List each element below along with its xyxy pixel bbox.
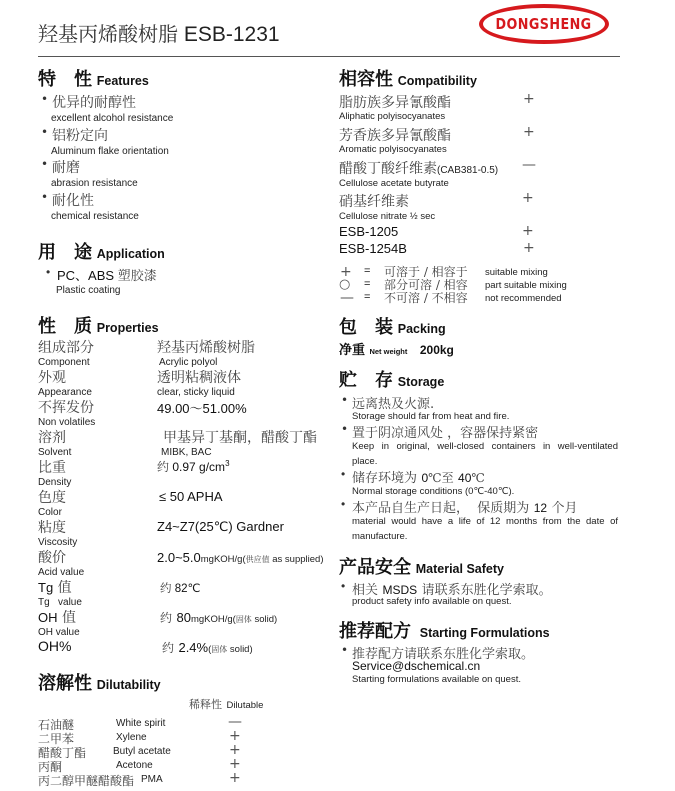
solvent-en: PMA bbox=[141, 774, 163, 785]
value-prefix: 约 bbox=[160, 581, 172, 595]
heading-en: Dilutability bbox=[97, 678, 161, 692]
compat-mark: + bbox=[522, 190, 534, 206]
property-value: 2.0~5.0mgKOH/g(供应值 as supplied) bbox=[157, 549, 324, 567]
value-unit: mgKOH/g( bbox=[201, 554, 246, 565]
solvent-en: White spirit bbox=[116, 718, 165, 729]
dongsheng-logo: DONGSHENG bbox=[479, 4, 609, 44]
storage-item-en-cont: manufacture. bbox=[352, 531, 407, 542]
compat-item-code: (CAB381-0.5) bbox=[437, 165, 498, 176]
material-safety-en: product safety info available on quest. bbox=[352, 596, 512, 607]
heading-en: Application bbox=[97, 247, 165, 261]
heading-en: Compatibility bbox=[398, 74, 477, 88]
heading-cn: 包 装 bbox=[339, 317, 393, 338]
column-en: Dilutable bbox=[226, 700, 263, 711]
solvent-en: Acetone bbox=[116, 760, 153, 771]
property-value: 约 2.4%(固体 solid) bbox=[162, 639, 253, 657]
value-unit: mgKOH/g( bbox=[191, 614, 236, 625]
dilutable-mark: + bbox=[229, 770, 241, 786]
property-label: Tg 值 bbox=[38, 577, 72, 597]
compat-mark: + bbox=[523, 240, 535, 256]
title-code: ESB-1231 bbox=[184, 23, 280, 46]
property-value-en: clear, sticky liquid bbox=[157, 387, 235, 398]
value-note-cn: 固体 bbox=[236, 615, 252, 624]
starting-formulations-en: Starting formulations available on quest… bbox=[352, 674, 521, 685]
legend-cn: 不可溶 / 不相容 bbox=[384, 289, 468, 306]
value-text: 2.0~5.0 bbox=[157, 550, 201, 565]
storage-item-en: Keep in original, well-closed containers… bbox=[352, 441, 618, 452]
property-label: OH% bbox=[38, 638, 71, 654]
compat-mark: + bbox=[523, 124, 535, 140]
value-text: 2.4% bbox=[178, 640, 208, 655]
feature-item-cn: 铝粉定向 bbox=[52, 125, 108, 145]
title-cn: 羟基丙烯酸树脂 bbox=[38, 22, 178, 46]
solvent-en: Xylene bbox=[116, 732, 147, 743]
heading-cn: 溶解性 bbox=[38, 673, 92, 694]
compat-item-cn: 硝基纤维素 bbox=[339, 191, 409, 211]
compat-item-en: Cellulose acetate butyrate bbox=[339, 178, 449, 189]
dilutability-heading: 溶解性 Dilutability bbox=[38, 669, 161, 695]
storage-item-en: Storage should far from heat and fire. bbox=[352, 411, 509, 422]
compat-item-cn: 脂肪族多异氰酸酯 bbox=[339, 92, 451, 112]
storage-item-en: material would have a life of 12 months … bbox=[352, 516, 618, 527]
legend-eq: = bbox=[364, 265, 370, 277]
property-value: Z4~Z7(25℃) Gardner bbox=[157, 519, 284, 535]
heading-en: Material Safety bbox=[416, 562, 504, 576]
property-label-cn: 组成部分 bbox=[38, 337, 94, 357]
legend-en: part suitable mixing bbox=[485, 280, 567, 291]
application-cn: 塑胶漆 bbox=[118, 269, 157, 284]
application-code: PC、ABS bbox=[57, 268, 114, 283]
storage-item: 本产品自生产日起， 保质期为 12 个月 bbox=[352, 497, 578, 517]
starting-formulations-heading: 推荐配方 Starting Formulations bbox=[339, 617, 550, 643]
label-prefix: Tg bbox=[38, 580, 53, 595]
heading-cn: 贮 存 bbox=[339, 370, 393, 391]
packing-heading: 包 装 Packing bbox=[339, 313, 446, 339]
column-cn: 稀释性 bbox=[189, 698, 222, 711]
property-label: OH 值 bbox=[38, 607, 76, 627]
heading-cn: 性 质 bbox=[38, 316, 92, 337]
value-text: 82℃ bbox=[175, 583, 201, 595]
heading-en: Features bbox=[97, 74, 149, 88]
storage-cn-c: ℃ bbox=[471, 471, 484, 485]
heading-cn: 特 性 bbox=[38, 69, 92, 90]
document-title: 羟基丙烯酸树脂 ESB-1231 bbox=[38, 18, 280, 47]
application-heading: 用 途 Application bbox=[38, 238, 165, 264]
legend-en: not recommended bbox=[485, 293, 562, 304]
label-cn: 值 bbox=[62, 610, 76, 626]
net-weight-label-en: Net weight bbox=[369, 347, 407, 356]
value-note-en: solid) bbox=[252, 614, 277, 625]
property-value: 约 80mgKOH/g(固体 solid) bbox=[160, 609, 277, 627]
value-superscript: 3 bbox=[225, 459, 229, 468]
heading-cn: 相容性 bbox=[339, 69, 393, 90]
property-value-cn: 透明粘稠液体 bbox=[157, 367, 241, 387]
feature-item-cn: 耐磨 bbox=[52, 157, 80, 177]
storage-item-en: Normal storage conditions (0℃-40℃). bbox=[352, 486, 514, 497]
storage-item-cn: 远离热及火源. bbox=[352, 393, 434, 412]
compat-item-en: Aliphatic polyisocyanates bbox=[339, 111, 445, 122]
feature-item-en: Aluminum flake orientation bbox=[51, 146, 169, 157]
dilutable-column-header: 稀释性 Dilutable bbox=[189, 695, 263, 713]
heading-cn: 推荐配方 bbox=[339, 621, 411, 642]
property-value: 49.00～51.00% bbox=[157, 398, 247, 417]
property-label-en: OH value bbox=[38, 627, 80, 638]
compat-item-cn: 醋酸丁酸纤维素 bbox=[339, 161, 437, 177]
compat-item-code: ESB-1254B bbox=[339, 241, 407, 256]
heading-en: Packing bbox=[398, 322, 446, 336]
feature-item-cn: 耐化性 bbox=[52, 190, 94, 210]
storage-num-a: 12 bbox=[534, 501, 547, 515]
msds-code: MSDS bbox=[382, 583, 417, 597]
property-value-cn: 羟基丙烯酸树脂 bbox=[157, 337, 255, 357]
logo-text: DONGSHENG bbox=[496, 15, 592, 33]
value-prefix: 约 bbox=[160, 611, 172, 625]
value-note-en: as supplied) bbox=[270, 554, 324, 565]
net-weight: 净重 Net weight 200kg bbox=[339, 339, 454, 359]
heading-en: Properties bbox=[97, 321, 159, 335]
net-weight-label-cn: 净重 bbox=[339, 342, 365, 357]
compat-item-cn: 芳香族多异氰酸酯 bbox=[339, 125, 451, 145]
properties-heading: 性 质 Properties bbox=[38, 312, 159, 338]
compatibility-heading: 相容性 Compatibility bbox=[339, 65, 477, 91]
compat-mark: + bbox=[522, 223, 534, 239]
storage-item-en-cont: place. bbox=[352, 456, 377, 467]
feature-item-en: abrasion resistance bbox=[51, 178, 138, 189]
label-cn: 值 bbox=[58, 580, 72, 596]
compat-item-code: ESB-1205 bbox=[339, 224, 398, 239]
storage-num-b: 40 bbox=[458, 471, 471, 485]
features-heading: 特 性 Features bbox=[38, 65, 149, 91]
property-value: 约 82℃ bbox=[160, 580, 200, 596]
legend-eq: = bbox=[364, 278, 370, 290]
solvent-cn: 丙二醇甲醚醋酸酯 bbox=[38, 772, 134, 789]
property-label-cn: 不挥发份 bbox=[38, 397, 94, 417]
material-safety-heading: 产品安全 Material Safety bbox=[339, 553, 504, 579]
application-en: Plastic coating bbox=[56, 285, 120, 296]
value-text: 0.97 g/cm bbox=[172, 460, 225, 474]
legend-en: suitable mixing bbox=[485, 267, 548, 278]
value-text: 80 bbox=[176, 610, 190, 625]
storage-cn-b: 个月 bbox=[552, 501, 578, 516]
property-value: 约 0.97 g/cm3 bbox=[157, 458, 230, 475]
service-email-link[interactable]: Service@dschemical.cn bbox=[352, 659, 480, 673]
property-value-en: MIBK, BAC bbox=[161, 447, 212, 458]
compat-item-en: Cellulose nitrate ½ sec bbox=[339, 211, 435, 222]
feature-item-en: chemical resistance bbox=[51, 211, 139, 222]
legend-eq: = bbox=[364, 291, 370, 303]
value-note-cn: 固体 bbox=[211, 645, 227, 654]
property-value-cn: 甲基异丁基酮，醋酸丁酯 bbox=[163, 427, 317, 447]
property-label-cn: 比重 bbox=[38, 457, 66, 477]
feature-item-en: excellent alcohol resistance bbox=[51, 113, 173, 124]
storage-heading: 贮 存 Storage bbox=[339, 366, 444, 392]
storage-cn-a: 储存环境为 bbox=[352, 471, 417, 486]
heading-cn: 用 途 bbox=[38, 242, 92, 263]
property-label-cn: 外观 bbox=[38, 367, 66, 387]
storage-cn-b: ℃至 bbox=[428, 471, 453, 485]
property-label-cn: 色度 bbox=[38, 487, 66, 507]
feature-item-cn: 优异的耐醇性 bbox=[52, 92, 136, 112]
application-item: PC、ABS 塑胶漆 bbox=[57, 265, 157, 284]
storage-cn-a: 本产品自生产日起， 保质期为 bbox=[352, 501, 529, 516]
storage-item-cn: 置于阴凉通风处 ，容器保持紧密 bbox=[352, 422, 538, 441]
value-prefix: 约 bbox=[157, 460, 169, 474]
property-label-cn: 酸价 bbox=[38, 547, 66, 567]
property-label-cn: 溶剂 bbox=[38, 427, 66, 447]
property-label-cn: 粘度 bbox=[38, 517, 66, 537]
label-prefix: OH bbox=[38, 610, 58, 625]
value-note-cn: 供应值 bbox=[246, 555, 270, 564]
heading-en: Storage bbox=[398, 375, 445, 389]
legend-symbol: — bbox=[340, 290, 354, 306]
compat-item: 醋酸丁酸纤维素(CAB381-0.5) bbox=[339, 158, 498, 178]
solvent-en: Butyl acetate bbox=[113, 746, 171, 757]
value-prefix: 约 bbox=[162, 641, 174, 655]
compat-item-en: Aromatic polyisocyanates bbox=[339, 144, 447, 155]
value-note-en: solid) bbox=[227, 644, 252, 655]
compat-mark: — bbox=[522, 157, 536, 173]
storage-item: 储存环境为 0℃至 40℃ bbox=[352, 467, 485, 487]
heading-cn: 产品安全 bbox=[339, 557, 411, 578]
compat-mark: + bbox=[523, 91, 535, 107]
heading-en: Starting Formulations bbox=[420, 626, 550, 640]
property-value: ≤ 50 APHA bbox=[159, 489, 223, 504]
header-divider bbox=[38, 56, 620, 57]
net-weight-value: 200kg bbox=[420, 343, 454, 357]
